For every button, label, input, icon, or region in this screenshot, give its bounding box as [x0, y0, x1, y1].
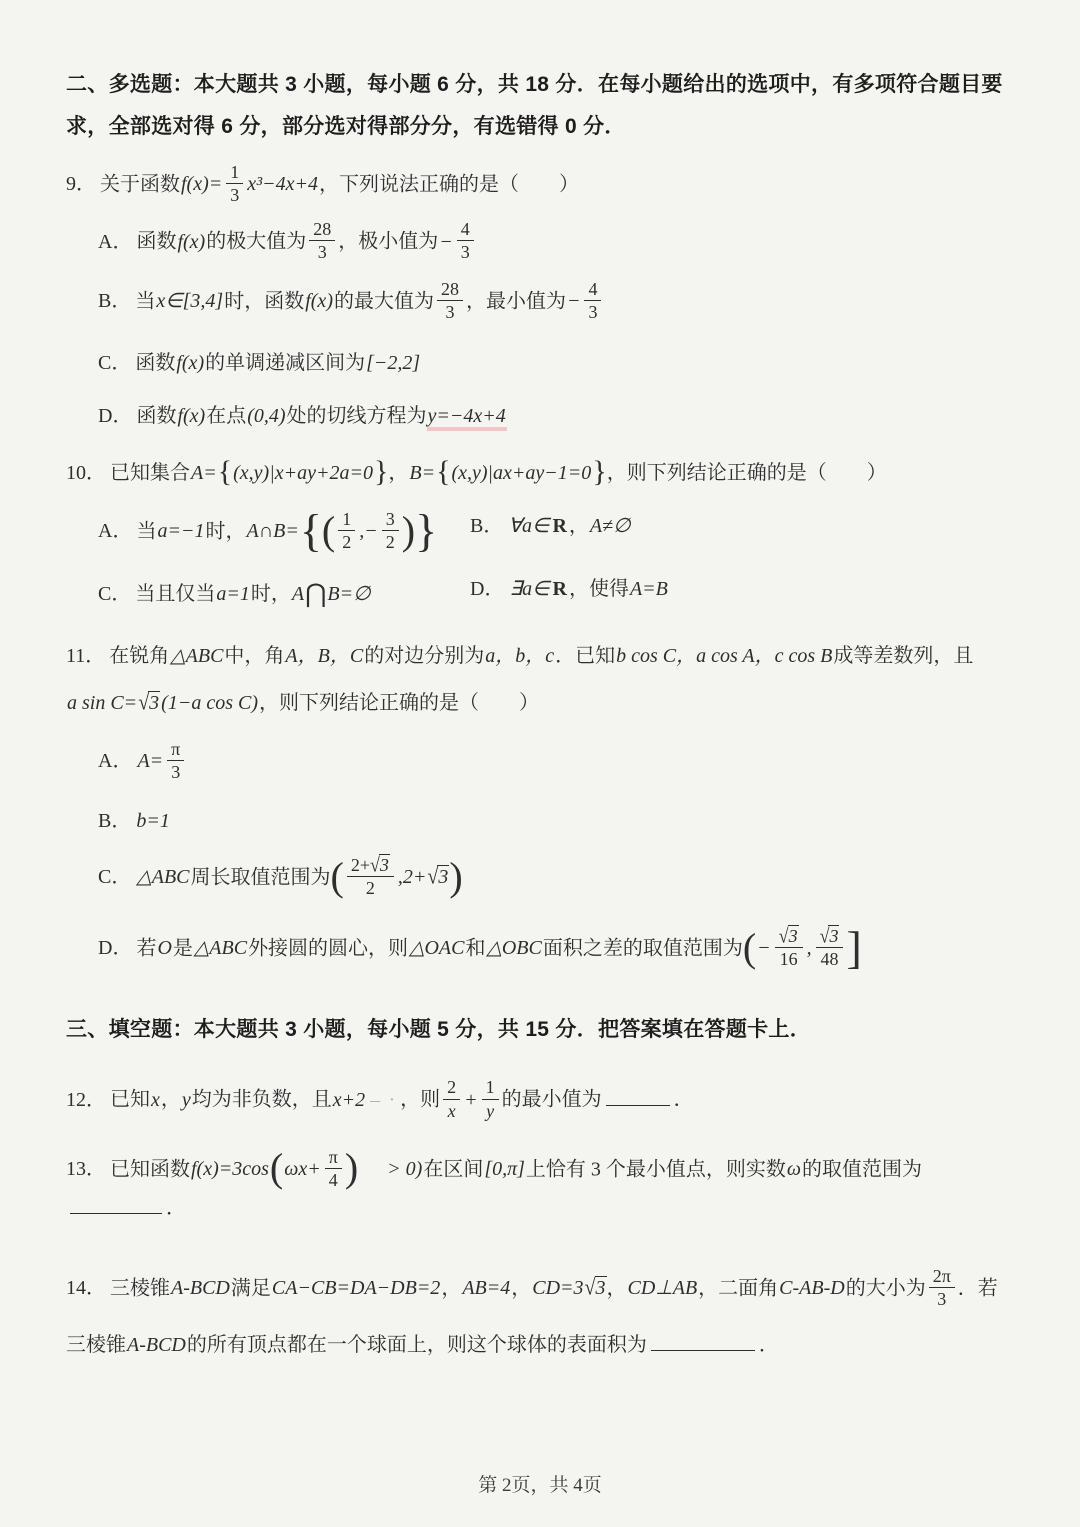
text-run: 在点	[206, 405, 246, 427]
math-run: f(x)	[176, 231, 206, 253]
math-run: [−2,2]	[365, 352, 421, 374]
faded-print-artifact: – ·	[366, 1089, 400, 1111]
denominator: 3	[167, 761, 184, 782]
fraction: π3	[167, 739, 184, 782]
denominator: 16	[775, 948, 803, 969]
text-run: ，最小值为	[466, 290, 566, 312]
math-run: f(x)	[304, 290, 334, 312]
denominator: 2	[347, 877, 394, 898]
math-run: x∈[3,4]	[155, 290, 224, 312]
text-run: 若	[136, 937, 156, 959]
math-run: [0,π]	[483, 1158, 526, 1180]
option-label: B．	[98, 810, 135, 832]
fraction: √316	[775, 926, 803, 969]
text-run: 满足	[231, 1277, 271, 1299]
math-run: x³−4x+4	[246, 173, 319, 195]
option-label: C．	[98, 866, 135, 888]
fraction: 283	[309, 219, 335, 262]
math-run: f(x)	[176, 405, 206, 427]
math-run: ,2+	[397, 866, 428, 888]
math-run: f(x)	[175, 352, 205, 374]
text-run: ，	[441, 1277, 461, 1299]
question-number: 10．	[66, 462, 110, 484]
math-run: A，B，C	[284, 645, 364, 667]
text-run: 面积之差的取值范围为	[543, 937, 743, 959]
fraction: 1y	[482, 1077, 499, 1120]
denominator: 4	[325, 1169, 342, 1190]
intersection-symbol: ⋂	[305, 579, 326, 608]
text-run: 和	[465, 937, 485, 959]
denominator: 3	[309, 241, 335, 262]
question-10-option-c: C．当且仅当a=1时，A⋂B=∅	[98, 574, 470, 614]
sqrt-radical: √3	[138, 692, 160, 714]
numerator: 1	[226, 162, 243, 184]
numerator: 1	[482, 1077, 499, 1099]
real-number-symbol: R	[550, 515, 568, 537]
text-run: 时，函数	[224, 290, 304, 312]
numerator: √3	[775, 926, 803, 948]
sqrt-radical: √3	[585, 1277, 607, 1299]
text-run: 的对边分别为	[364, 645, 484, 667]
radicand: 3	[437, 865, 449, 888]
section-header-multi-choice: 二、多选题：本大题共 3 小题，每小题 6 分，共 18 分．在每小题给出的选项…	[66, 64, 1022, 148]
numerator: 1	[338, 509, 355, 531]
option-label: A．	[98, 520, 136, 542]
question-14-line-1: 14．三棱锥A-BCD满足CA−CB=DA−DB=2，AB=4，CD=3√3，C…	[66, 1268, 1022, 1311]
radical-sign: √	[138, 686, 149, 721]
text-run: 在锐角	[109, 645, 169, 667]
math-run: a，b，c	[484, 645, 555, 667]
text-run: 已知集合	[110, 462, 190, 484]
text-run: ，	[511, 1277, 531, 1299]
math-run: a sin C=	[66, 692, 138, 714]
fraction: 43	[457, 219, 474, 262]
radical-sign: √	[820, 925, 830, 948]
numerator: 3	[382, 509, 399, 531]
option-label: C．	[98, 583, 135, 605]
math-run: −	[438, 231, 454, 253]
text-run: ，极小值为	[338, 231, 438, 253]
math-run: A-BCD	[126, 1334, 187, 1356]
question-number: 14．	[66, 1277, 110, 1299]
text-run: ．	[759, 1334, 779, 1356]
radical-sign: √	[585, 1271, 596, 1306]
question-number: 11．	[66, 645, 109, 667]
real-number-symbol: R	[551, 578, 569, 600]
text-run: ．	[166, 1197, 186, 1219]
radical-sign: √	[427, 860, 438, 895]
math-run: △OBC	[485, 937, 542, 959]
numerator: 28	[309, 219, 335, 241]
text-run: 当	[136, 520, 156, 542]
question-11-stem-line-1: 11．在锐角△ABC中，角A，B，C的对边分别为a，b，c．已知b cos C，…	[66, 641, 1022, 672]
text-run: ．若	[958, 1277, 998, 1299]
fraction: √348	[816, 926, 844, 969]
question-number: 12．	[66, 1089, 110, 1111]
sqrt-radical: √3	[427, 866, 449, 888]
sqrt-radical: √3	[370, 855, 390, 875]
math-run: y	[181, 1089, 192, 1111]
denominator: x	[443, 1100, 460, 1121]
question-9-option-c: C．函数f(x)的单调递减区间为[−2,2]	[66, 348, 1022, 379]
text-run: 处的切线方程为	[287, 405, 427, 427]
fraction: 2+√32	[347, 855, 394, 898]
fraction: 43	[584, 279, 601, 322]
math-run-tangent-equation: y=−4x+4	[427, 405, 507, 431]
math-run: −	[756, 937, 772, 959]
fraction: 32	[382, 509, 399, 552]
text-run: ，	[607, 1277, 627, 1299]
math-run: a=1	[215, 583, 251, 605]
section-header-fill-blank: 三、填空题：本大题共 3 小题，每小题 5 分，共 15 分．把答案填在答题卡上…	[66, 1009, 1022, 1051]
math-run: A-BCD	[170, 1277, 231, 1299]
math-run-set: (x,y)|x+ay+2a=0	[232, 462, 374, 484]
option-label: D．	[470, 578, 508, 600]
text-run: ，下列说法正确的是（ ）	[319, 173, 579, 195]
question-9-option-a: A．函数f(x)的极大值为283，极小值为−43	[66, 221, 1022, 264]
math-run: A∩B=	[245, 520, 299, 542]
question-9-stem: 9．关于函数f(x)=13x³−4x+4，下列说法正确的是（ ）	[66, 164, 1022, 207]
math-run: A=B	[629, 578, 669, 600]
radicand: 3	[148, 691, 160, 714]
question-number: 9．	[66, 173, 100, 195]
question-10-option-d: D．∃a∈R，使得A=B	[470, 574, 1022, 614]
question-11-option-d: D．若O是△ABC外接圆的圆心，则△OAC和△OBC面积之差的取值范围为(−√3…	[66, 928, 1022, 971]
text-run: 当	[135, 290, 155, 312]
fraction: 13	[226, 162, 243, 205]
option-label: B．	[470, 515, 507, 537]
math-run: −	[566, 290, 582, 312]
math-run: f(x)=	[180, 173, 223, 195]
denominator: 3	[437, 301, 463, 322]
text-run: 的大小为	[846, 1277, 926, 1299]
math-run: A=	[190, 462, 218, 484]
text-run: 的单调递减区间为	[205, 352, 365, 374]
denominator: 3	[584, 301, 601, 322]
fraction: 283	[437, 279, 463, 322]
fraction: 2x	[443, 1077, 460, 1120]
text-run: 关于函数	[100, 173, 180, 195]
text-run: ，二面角	[698, 1277, 778, 1299]
question-12: 12．已知x，y均为非负数，且x+2– ·，则2x+1y的最小值为．	[66, 1079, 1022, 1122]
math-run-set: (x,y)|ax+ay−1=0	[450, 462, 592, 484]
math-run: B=	[408, 462, 436, 484]
text-run: 函数	[136, 231, 176, 253]
math-run: ∃a∈	[508, 578, 550, 600]
math-run: ωx+	[283, 1158, 322, 1180]
radicand: 3	[828, 925, 839, 946]
numerator: π	[325, 1147, 342, 1169]
math-run: A=	[136, 750, 164, 772]
math-run: a=−1	[156, 520, 205, 542]
numerator: 4	[584, 279, 601, 301]
fraction: 12	[338, 509, 355, 552]
math-run: ω	[786, 1158, 802, 1180]
text-run: 均为非负数，且	[192, 1089, 332, 1111]
math-run: b cos C，a cos A，c cos B	[615, 645, 833, 667]
text-run: ，使得	[569, 578, 629, 600]
question-10-option-b: B．∀a∈R，A≠∅	[470, 511, 1022, 554]
text-run: 当且仅当	[135, 583, 215, 605]
question-11-option-b: B．b=1	[66, 806, 1022, 837]
text-run: 三棱锥	[66, 1334, 126, 1356]
math-run: △ABC	[135, 866, 190, 888]
text-run: 的最小值为	[502, 1089, 602, 1111]
option-label: A．	[98, 750, 136, 772]
question-9-option-b: B．当x∈[3,4]时，函数f(x)的最大值为283，最小值为−43	[66, 281, 1022, 324]
math-run: △ABC	[169, 645, 224, 667]
math-run: ,−	[358, 520, 379, 542]
sqrt-radical: √3	[779, 926, 799, 946]
option-label: D．	[98, 937, 136, 959]
option-label: C．	[98, 352, 135, 374]
answer-blank	[651, 1329, 755, 1351]
text-run: ．	[674, 1089, 694, 1111]
text-run: ，	[388, 462, 408, 484]
math-run: CA−CB=DA−DB=2	[271, 1277, 441, 1299]
denominator: 2	[382, 531, 399, 552]
math-run: b=1	[135, 810, 171, 832]
math-run: (1−a cos C)	[160, 692, 259, 714]
radicand: 3	[379, 854, 390, 875]
text-run: 时，	[205, 520, 245, 542]
sqrt-radical: √3	[820, 926, 840, 946]
denominator: 3	[226, 184, 243, 205]
math-run: AB=4	[461, 1277, 511, 1299]
math-run: B=∅	[326, 583, 371, 605]
math-run: CD=3	[531, 1277, 584, 1299]
text-run: 是	[173, 937, 193, 959]
question-10-options-row-1: A．当a=−1时，A∩B={(12,−32)} B．∀a∈R，A≠∅	[66, 511, 1022, 554]
numerator: 4	[457, 219, 474, 241]
question-11-option-a: A．A=π3	[66, 741, 1022, 784]
question-14-line-2: 三棱锥A-BCD的所有顶点都在一个球面上，则这个球体的表面积为．	[66, 1329, 1022, 1361]
text-run: 外接圆的圆心，则	[248, 937, 408, 959]
question-10-options-row-2: C．当且仅当a=1时，A⋂B=∅ D．∃a∈R，使得A=B	[66, 574, 1022, 614]
text-run: ，	[161, 1089, 181, 1111]
text-run: 上恰有 3 个最小值点，则实数	[526, 1158, 786, 1180]
text-run: 已知函数	[110, 1158, 190, 1180]
math-run: (0,4)	[246, 405, 286, 427]
option-label: A．	[98, 231, 136, 253]
exam-page: 二、多选题：本大题共 3 小题，每小题 6 分，共 18 分．在每小题给出的选项…	[0, 0, 1080, 1527]
question-9-option-d: D．函数f(x)在点(0,4)处的切线方程为y=−4x+4	[66, 401, 1022, 432]
option-label: D．	[98, 405, 136, 427]
denominator: 3	[457, 241, 474, 262]
text-run: 成等差数列，且	[833, 645, 973, 667]
radicand: 3	[788, 925, 799, 946]
question-11-option-c: C．△ABC周长取值范围为(2+√32,2+√3)	[66, 857, 1022, 900]
denominator: 48	[816, 948, 844, 969]
text-run: 的最大值为	[334, 290, 434, 312]
numerator: π	[167, 739, 184, 761]
math-run: ,	[806, 937, 813, 959]
math-run: △OAC	[408, 937, 465, 959]
denominator: 3	[929, 1288, 955, 1309]
text-run: 在区间	[423, 1158, 483, 1180]
text-run: ，则下列结论正确的是（ ）	[607, 462, 887, 484]
numerator: 2	[443, 1077, 460, 1099]
text-run: ，则下列结论正确的是（ ）	[259, 692, 539, 714]
numerator: 2+√3	[347, 855, 394, 877]
fraction: 2π3	[929, 1266, 955, 1309]
fraction: π4	[325, 1147, 342, 1190]
text-run: ，则	[400, 1089, 440, 1111]
text-run: 函数	[136, 405, 176, 427]
question-13: 13．已知函数f(x)=3cos(ωx+π4)> 0)在区间[0,π]上恰有 3…	[66, 1149, 1022, 1224]
math-run: +	[463, 1089, 479, 1111]
text-run: 已知	[110, 1089, 150, 1111]
question-11-stem-line-2: a sin C=√3(1−a cos C)，则下列结论正确的是（ ）	[66, 688, 1022, 719]
math-run: > 0)	[386, 1158, 423, 1180]
text-run: 函数	[135, 352, 175, 374]
answer-blank	[606, 1084, 670, 1106]
math-run: C-AB-D	[778, 1277, 846, 1299]
text-run: 时，	[251, 583, 291, 605]
denominator: y	[482, 1100, 499, 1121]
text-run: ．已知	[555, 645, 615, 667]
math-run: A≠∅	[589, 515, 632, 537]
text-run: 的取值范围为	[802, 1158, 922, 1180]
text-run: 周长取值范围为	[191, 866, 331, 888]
math-run: x+2	[332, 1089, 366, 1111]
question-number: 13．	[66, 1158, 110, 1180]
numerator: √3	[816, 926, 844, 948]
text-run: 的极大值为	[206, 231, 306, 253]
math-run: f(x)=3cos	[190, 1158, 270, 1180]
question-10-option-a: A．当a=−1时，A∩B={(12,−32)}	[98, 511, 470, 554]
text-run: 中，角	[224, 645, 284, 667]
math-run: O	[156, 937, 172, 959]
radicand: 3	[595, 1276, 607, 1299]
math-run: ∀a∈	[507, 515, 550, 537]
denominator: 2	[338, 531, 355, 552]
numerator: 2π	[929, 1266, 955, 1288]
text-run: ，	[569, 515, 589, 537]
numerator-text: 2+	[351, 855, 370, 875]
page-footer: 第 2页，共 4页	[0, 1470, 1080, 1497]
numerator: 28	[437, 279, 463, 301]
math-run: A	[291, 583, 305, 605]
radical-sign: √	[370, 854, 380, 877]
answer-blank	[70, 1192, 162, 1214]
math-run: △ABC	[193, 937, 248, 959]
math-run: x	[150, 1089, 161, 1111]
math-run: CD⊥AB	[627, 1277, 699, 1299]
radical-sign: √	[779, 925, 789, 948]
text-run: 三棱锥	[110, 1277, 170, 1299]
option-label: B．	[98, 290, 135, 312]
text-run: 的所有顶点都在一个球面上，则这个球体的表面积为	[187, 1334, 647, 1356]
question-10-stem: 10．已知集合A={(x,y)|x+ay+2a=0}，B={(x,y)|ax+a…	[66, 458, 1022, 489]
